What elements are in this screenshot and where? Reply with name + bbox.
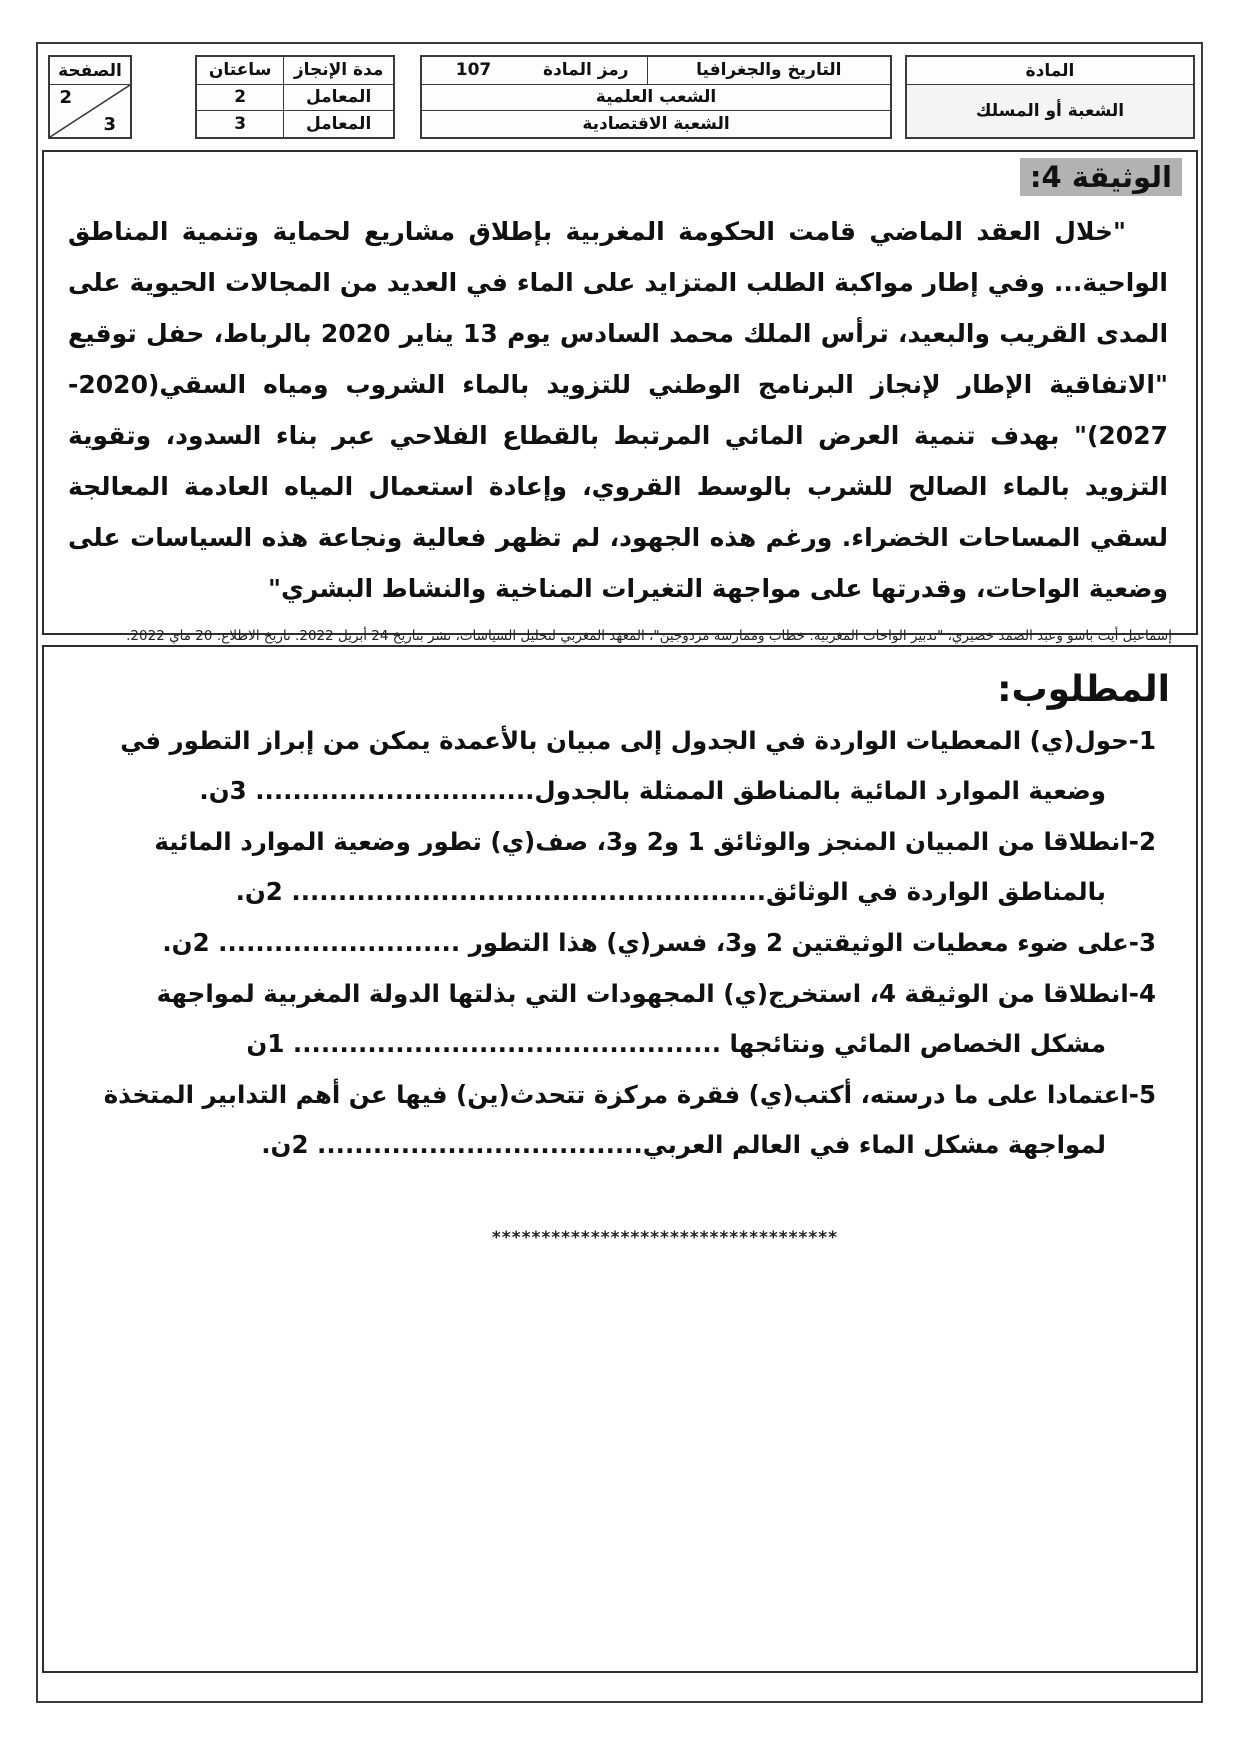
document-4-citation: إسماعيل أيت باسو وعبد الصمد خضيري، "تدبي…	[68, 628, 1172, 644]
header-subject-code-box: التاريخ والجغرافيا رمز المادة 107 الشعب …	[420, 55, 892, 139]
subject-code-value: 107	[422, 57, 525, 84]
coefficient-label-1: المعامل	[283, 85, 393, 111]
stream-label: الشعبة أو المسلك	[907, 85, 1193, 137]
subject-value: التاريخ والجغرافيا	[647, 57, 890, 84]
question-1: 1-حول(ي) المعطيات الواردة في الجدول إلى …	[74, 716, 1156, 816]
header-subject-box: المادة الشعبة أو المسلك	[905, 55, 1195, 139]
question-2-number: 2-	[1129, 827, 1156, 856]
question-4-number: 4-	[1129, 979, 1156, 1008]
duration-label: مدة الإنجاز	[283, 57, 393, 84]
question-5: 5-اعتمادا على ما درسته، أكتب(ي) فقرة مرك…	[74, 1070, 1156, 1170]
question-3-number: 3-	[1129, 928, 1156, 957]
document-4-text: "خلال العقد الماضي قامت الحكومة المغربية…	[68, 206, 1168, 614]
page-number-cell: 2 3	[50, 85, 130, 137]
question-3: 3-على ضوء معطيات الوثيقتين 2 و3، فسر(ي) …	[74, 918, 1156, 968]
duration-value: ساعتان	[197, 57, 283, 84]
header-page-box: الصفحة 2 3	[48, 55, 132, 139]
question-5-number: 5-	[1129, 1080, 1156, 1109]
document-4-title: الوثيقة 4:	[1020, 158, 1182, 196]
coefficient-value-1: 2	[197, 85, 283, 111]
questions-title: المطلوب:	[44, 669, 1170, 710]
question-4-text: انطلاقا من الوثيقة 4، استخرج(ي) المجهودا…	[157, 979, 1129, 1058]
questions-box: المطلوب: 1-حول(ي) المعطيات الواردة في ال…	[42, 645, 1198, 1673]
header-duration-box: مدة الإنجاز ساعتان المعامل 2 المعامل 3	[195, 55, 395, 139]
asterisk-separator: ***********************************	[44, 1228, 1196, 1248]
question-2-text: انطلاقا من المبيان المنجز والوثائق 1 و2 …	[154, 827, 1128, 906]
subject-code-label: رمز المادة	[525, 57, 647, 84]
subject-label: المادة	[907, 57, 1193, 85]
question-1-text: حول(ي) المعطيات الواردة في الجدول إلى مب…	[120, 726, 1129, 805]
question-4: 4-انطلاقا من الوثيقة 4، استخرج(ي) المجهو…	[74, 969, 1156, 1069]
page-label: الصفحة	[50, 57, 130, 85]
question-3-text: على ضوء معطيات الوثيقتين 2 و3، فسر(ي) هذ…	[162, 928, 1128, 957]
document-4-box: الوثيقة 4: "خلال العقد الماضي قامت الحكو…	[42, 150, 1198, 635]
stream-economics: الشعبة الاقتصادية	[422, 111, 890, 137]
question-1-number: 1-	[1129, 726, 1156, 755]
coefficient-value-2: 3	[197, 111, 283, 137]
question-2: 2-انطلاقا من المبيان المنجز والوثائق 1 و…	[74, 817, 1156, 917]
questions-list: 1-حول(ي) المعطيات الواردة في الجدول إلى …	[74, 716, 1156, 1170]
page-total: 3	[103, 114, 116, 135]
stream-science: الشعب العلمية	[422, 85, 890, 111]
coefficient-label-2: المعامل	[283, 111, 393, 137]
page-current: 2	[59, 87, 72, 108]
question-5-text: اعتمادا على ما درسته، أكتب(ي) فقرة مركزة…	[104, 1080, 1129, 1159]
